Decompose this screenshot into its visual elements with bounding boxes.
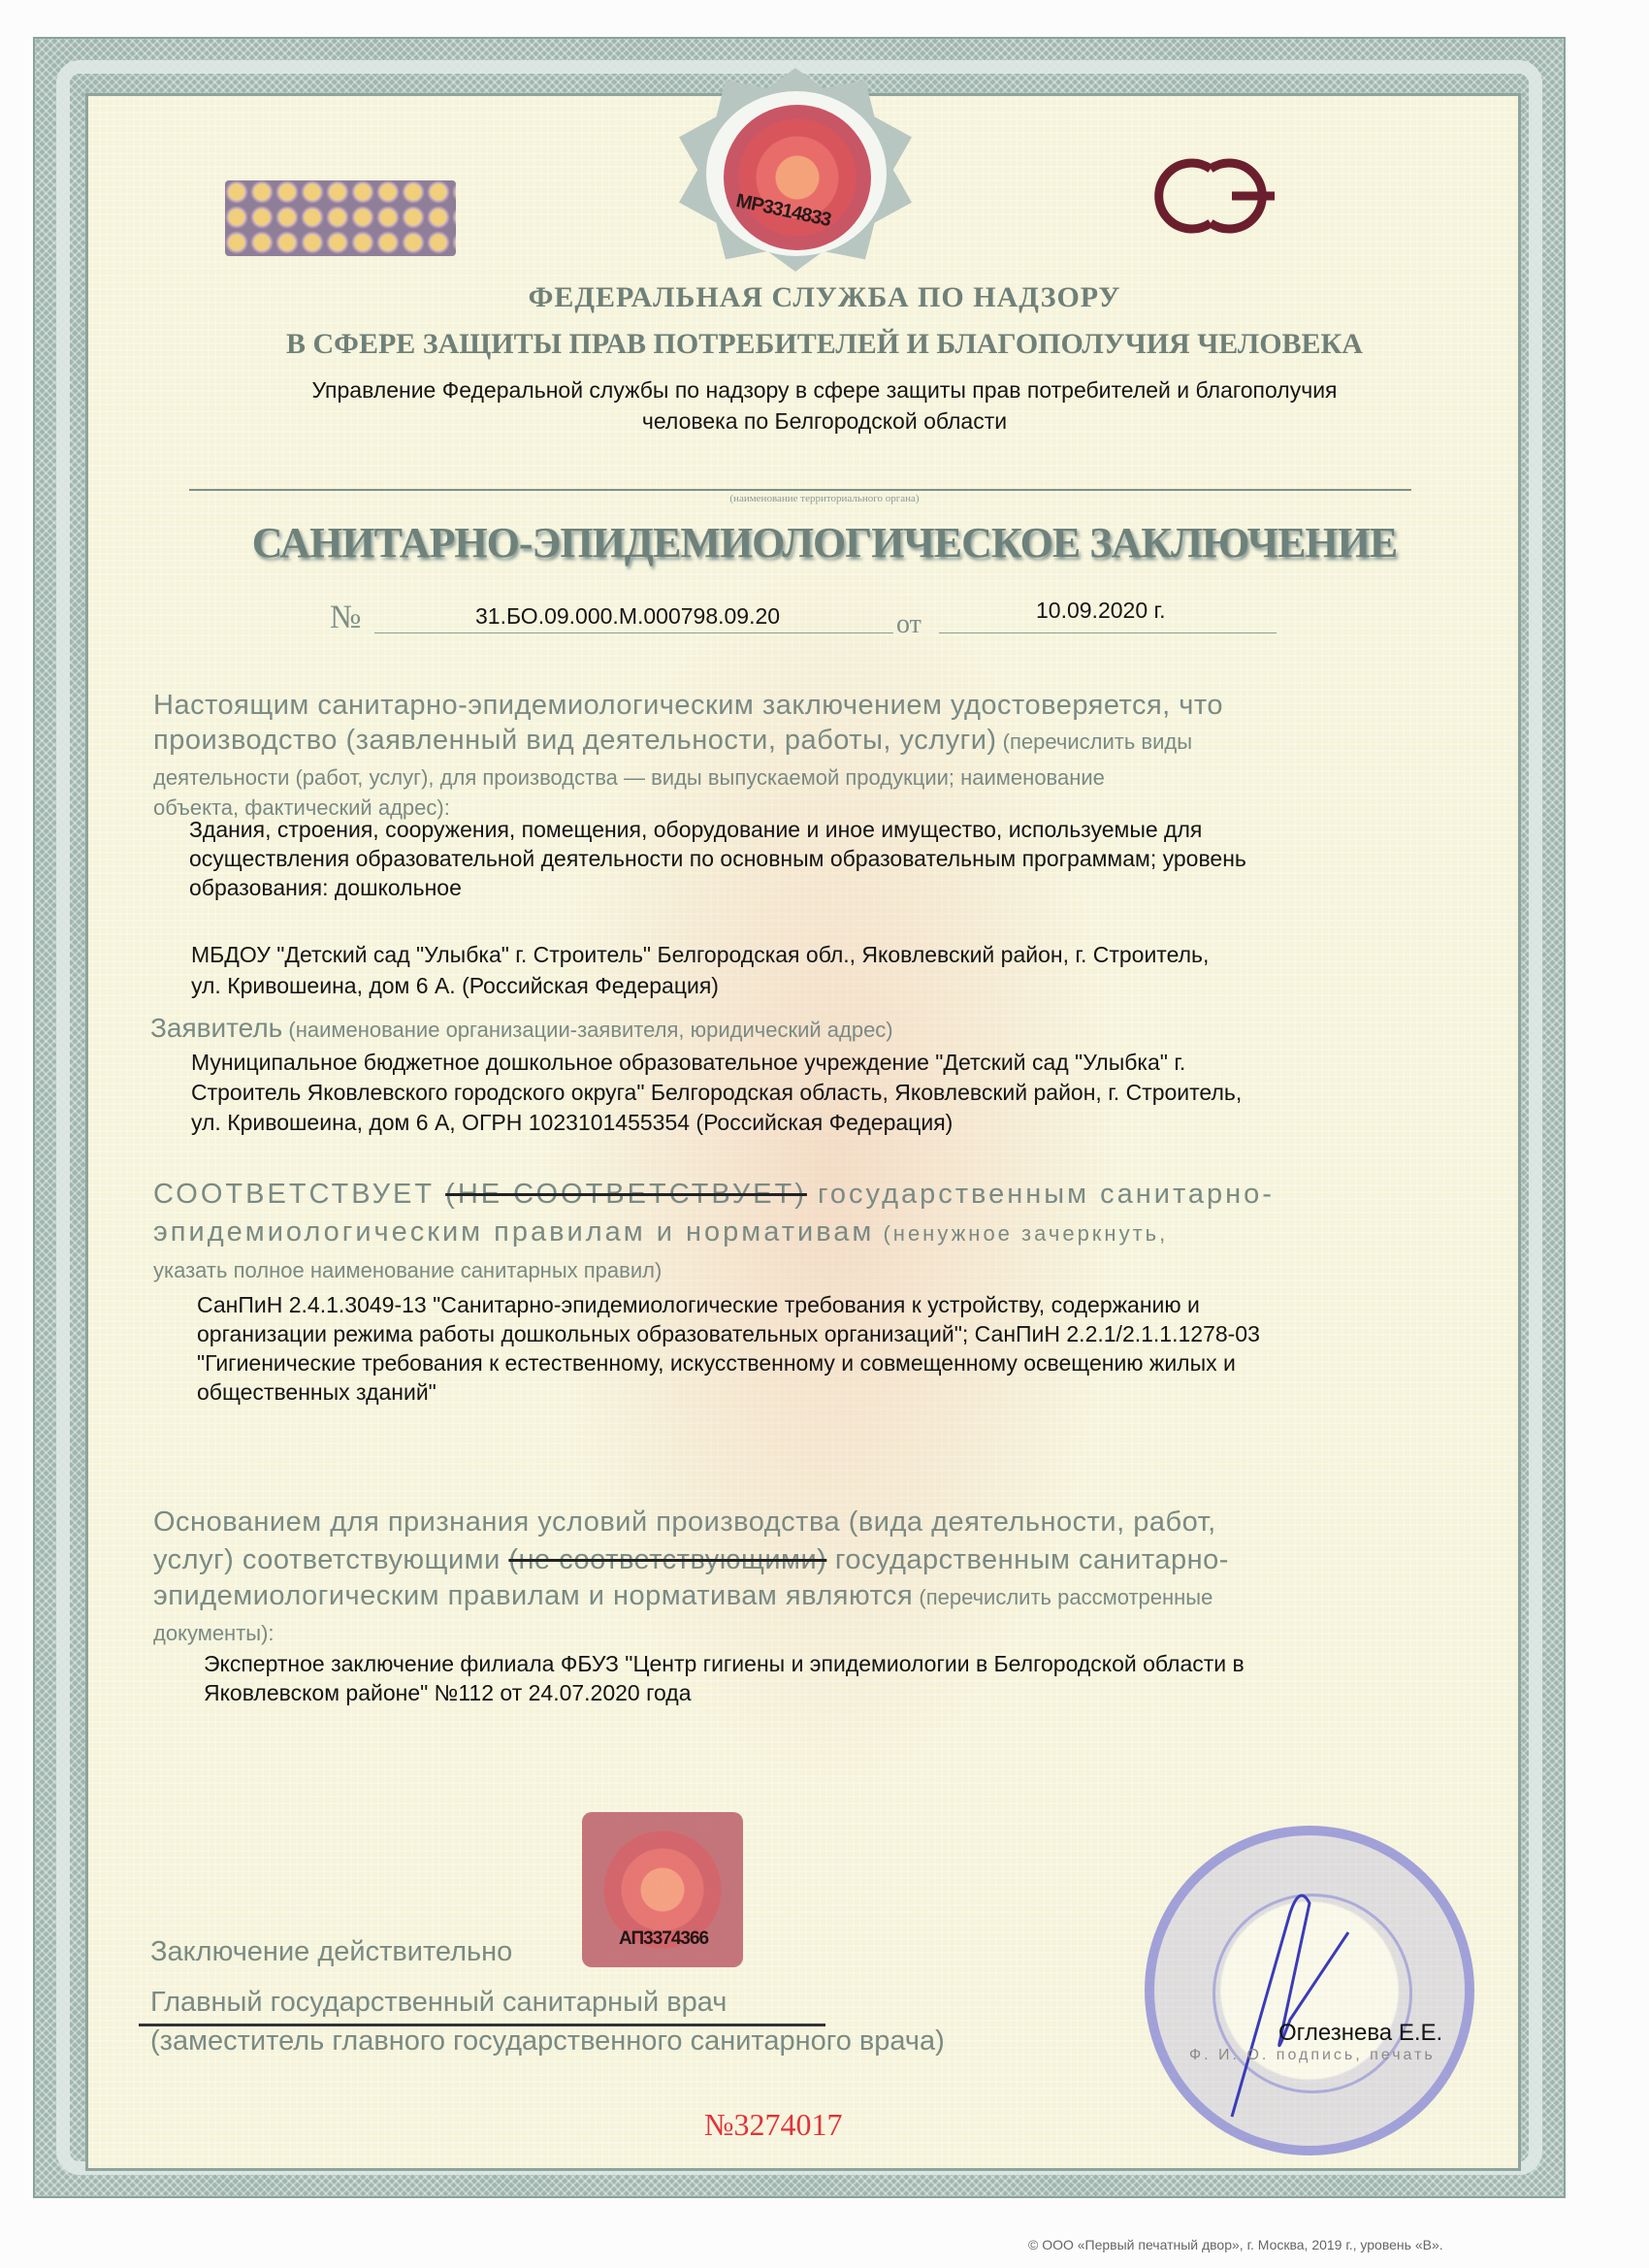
basis-line3-main: эпидемиологическим правилам и нормативам… xyxy=(153,1580,913,1611)
activity-label-main: производство (заявленный вид деятельност… xyxy=(153,725,997,756)
applicant-hint: (наименование организации-заявителя, юри… xyxy=(282,1018,892,1042)
address-line2: ул. Кривошеина, дом 6 А. (Российская Фед… xyxy=(191,970,1481,1001)
agency-caption: (наименование территориального органа) xyxy=(0,493,1649,504)
basis-line1: Основанием для признания условий произво… xyxy=(153,1504,1453,1540)
rules-value-line3: "Гигиенические требования к естественном… xyxy=(197,1348,1487,1377)
applicant-value-line2: Строитель Яковлевского городского округа… xyxy=(191,1078,1481,1108)
rules-value-line1: СанПиН 2.4.1.3049-13 "Санитарно-эпидемио… xyxy=(197,1290,1487,1319)
service-title-line2: В СФЕРЕ ЗАЩИТЫ ПРАВ ПОТРЕБИТЕЛЕЙ И БЛАГО… xyxy=(0,328,1649,361)
territorial-agency: Управление Федеральной службы по надзору… xyxy=(155,374,1494,437)
basis-not-complying-struck: (не соответствующими) xyxy=(508,1544,826,1575)
compliance-line2-hint: (ненужное зачеркнуть, xyxy=(874,1221,1168,1246)
basis-line3: эпидемиологическим правилам и нормативам… xyxy=(153,1579,1453,1617)
service-title-line1: ФЕДЕРАЛЬНАЯ СЛУЖБА ПО НАДЗОРУ xyxy=(0,281,1649,314)
activity-value-line3: образования: дошкольное xyxy=(189,873,1479,902)
signature-icon xyxy=(1222,1855,1377,2126)
not-complies-struck: (НЕ СООТВЕТСТВУЕТ) xyxy=(445,1179,807,1210)
certificate-date: 10.09.2020 г. xyxy=(1036,598,1165,624)
number-underline xyxy=(374,632,893,633)
signature-caption: Ф. И. О. подпись, печать xyxy=(1189,2047,1436,2064)
sanepid-logo-icon xyxy=(1143,155,1288,238)
basis-value-line2: Яковлевском районе" №112 от 24.07.2020 г… xyxy=(204,1678,1494,1707)
agency-underline xyxy=(189,489,1411,491)
top-seal-hologram: МР3314833 xyxy=(660,68,931,272)
applicant-value-line3: ул. Кривошеина, дом 6 А, ОГРН 1023101455… xyxy=(191,1108,1481,1138)
printer-credit: © ООО «Первый печатный двор», г. Москва,… xyxy=(1028,2237,1443,2252)
object-address: МБДОУ "Детский сад "Улыбка" г. Строитель… xyxy=(191,939,1481,1001)
activity-label-line2: производство (заявленный вид деятельност… xyxy=(153,724,1453,761)
date-label: от xyxy=(896,609,921,640)
basis-section: Основанием для признания условий произво… xyxy=(153,1504,1453,1650)
compliance-line1-rest: государственным санитарно- xyxy=(807,1179,1275,1210)
signer-name: Оглезнева Е.Е. xyxy=(1278,2020,1442,2047)
applicant-label: Заявитель xyxy=(150,1013,282,1043)
rules-value-line2: организации режима работы дошкольных обр… xyxy=(197,1319,1487,1348)
compliance-line1: СООТВЕТСТВУЕТ (НЕ СООТВЕТСТВУЕТ) государ… xyxy=(153,1176,1453,1213)
activity-label-line1: Настоящим санитарно-эпидемиологическим з… xyxy=(153,687,1453,724)
basis-line2: услуг) соответствующими (не соответствую… xyxy=(153,1540,1453,1579)
basis-value: Экспертное заключение филиала ФБУЗ "Цент… xyxy=(204,1649,1494,1707)
basis-line2-end: государственным санитарно- xyxy=(826,1544,1229,1575)
activity-value-line1: Здания, строения, сооружения, помещения,… xyxy=(189,815,1479,844)
activity-label-hint: (перечислить виды xyxy=(997,729,1192,754)
hologram-pattern-icon xyxy=(225,180,456,256)
compliance-section: СООТВЕТСТВУЕТ (НЕ СООТВЕТСТВУЕТ) государ… xyxy=(153,1176,1453,1285)
date-underline xyxy=(939,632,1277,633)
chief-doctor-title: Главный государственный санитарный врач xyxy=(150,1987,727,2019)
number-label: № xyxy=(330,599,361,636)
compliance-line2: эпидемиологическим правилам и нормативам… xyxy=(153,1213,1453,1256)
basis-line4-hint: документы): xyxy=(153,1617,1453,1650)
activity-value: Здания, строения, сооружения, помещения,… xyxy=(189,815,1479,902)
compliance-line2-main: эпидемиологическим правилам и нормативам xyxy=(153,1216,874,1247)
certificate-number: 31.БО.09.000.М.000798.09.20 xyxy=(475,603,780,630)
activity-hint-line3: деятельности (работ, услуг), для произво… xyxy=(153,761,1453,794)
deputy-title: (заместитель главного государственного с… xyxy=(150,2025,945,2057)
activity-value-line2: осуществления образовательной деятельнос… xyxy=(189,844,1479,873)
address-line1: МБДОУ "Детский сад "Улыбка" г. Строитель… xyxy=(191,939,1481,970)
agency-line2: человека по Белгородской области xyxy=(155,405,1494,437)
basis-value-line1: Экспертное заключение филиала ФБУЗ "Цент… xyxy=(204,1649,1494,1678)
basis-line2-start: услуг) соответствующими xyxy=(153,1544,508,1575)
rules-value-line4: общественных зданий" xyxy=(197,1377,1487,1407)
sanitary-rules-value: СанПиН 2.4.1.3049-13 "Санитарно-эпидемио… xyxy=(197,1290,1487,1407)
compliance-line3-hint: указать полное наименование санитарных п… xyxy=(153,1256,1453,1285)
official-stamp-icon xyxy=(1145,1826,1474,2155)
applicant-value: Муниципальное бюджетное дошкольное образ… xyxy=(191,1048,1481,1138)
hologram-bottom-number: АП3374366 xyxy=(619,1928,708,1950)
applicant-label-row: Заявитель (наименование организации-заяв… xyxy=(150,1013,893,1044)
hologram-emblem-icon xyxy=(724,105,871,250)
applicant-value-line1: Муниципальное бюджетное дошкольное образ… xyxy=(191,1048,1481,1078)
document-title: САНИТАРНО-ЭПИДЕМИОЛОГИЧЕСКОЕ ЗАКЛЮЧЕНИЕ xyxy=(0,518,1649,567)
complies-option: СООТВЕТСТВУЕТ xyxy=(153,1179,435,1210)
activity-section: Настоящим санитарно-эпидемиологическим з… xyxy=(153,687,1453,822)
validity-label: Заключение действительно xyxy=(150,1936,512,1968)
agency-line1: Управление Федеральной службы по надзору… xyxy=(155,374,1494,405)
basis-line3-hint: (перечислить рассмотренные xyxy=(913,1585,1212,1609)
form-serial-number: №3274017 xyxy=(704,2107,843,2143)
